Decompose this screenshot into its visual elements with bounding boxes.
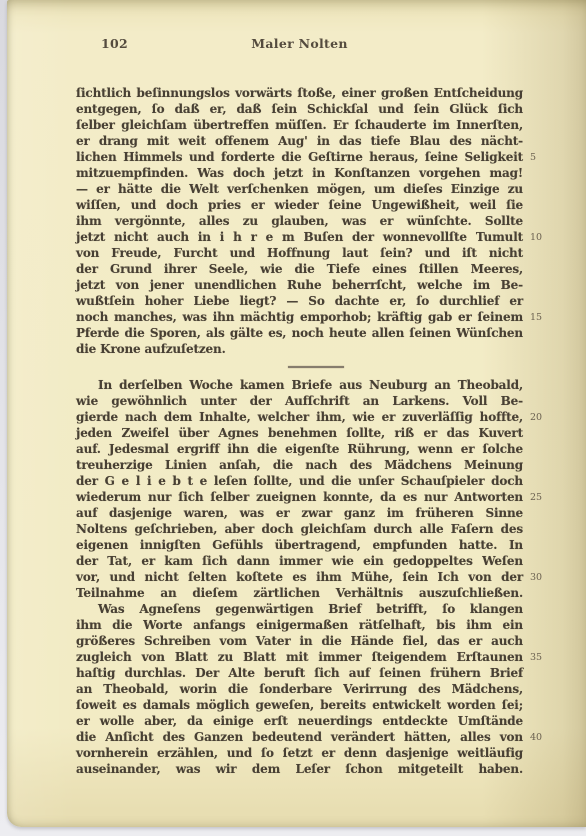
text-line-content: treuherzige Linien anſah, die nach des M… — [76, 458, 523, 472]
text-line-content: er drang mit weit offenem Aug' in das ti… — [76, 134, 523, 148]
text-line: auf dasjenige waren, was er zwar ganz im… — [76, 505, 523, 521]
text-line-content: eigenen innigſten Gefühls übertragend, e… — [76, 538, 523, 552]
text-line-content: wußtſein hoher Liebe liegt? — So dachte … — [76, 294, 523, 308]
text-line-content: zugleich von Blatt zu Blatt mit immer ſt… — [76, 650, 523, 664]
text-line-content: ihm die Worte anfangs einigermaßen rätſe… — [76, 618, 523, 632]
text-line: jetzt von jener unendlichen Ruhe beherrſ… — [76, 277, 523, 293]
text-line-content: der Tat, er kam ſich dann immer wie ein … — [76, 554, 523, 568]
margin-line-number: 40 — [530, 730, 556, 746]
text-line: er wolle aber, da einige erſt neuerdings… — [76, 713, 523, 729]
text-line: von Freude, Furcht und Hoffnung laut ſei… — [76, 245, 523, 261]
text-line: ſelber gleichſam übertreffen müſſen. Er … — [76, 117, 523, 133]
text-line: mitzuempfinden. Was doch jetzt in Konſta… — [76, 165, 523, 181]
margin-line-number: 10 — [530, 230, 556, 246]
section-separator — [76, 357, 523, 377]
text-line-content: lichen Himmels und forderte die Geſtirne… — [76, 150, 523, 164]
text-line-content: auf. Jedesmal ergriff ihn die eigenſte R… — [76, 442, 523, 456]
text-line: eigenen innigſten Gefühls übertragend, e… — [76, 537, 523, 553]
text-line-content: ihm vergönnte, alles zu glauben, was er … — [76, 214, 523, 228]
margin-line-number: 30 — [530, 570, 556, 586]
text-line: der Grund ihrer Seele, wie die Tiefe ein… — [76, 261, 523, 277]
paragraph: In derſelben Woche kamen Briefe aus Neub… — [76, 377, 523, 601]
text-line: auf. Jedesmal ergriff ihn die eigenſte R… — [76, 441, 523, 457]
text-line-content: der Grund ihrer Seele, wie die Tiefe ein… — [76, 262, 523, 276]
text-line-content: jeden Zweifel über Agnes benehmen ſollte… — [76, 426, 523, 440]
text-line-content: der G e l i e b t e leſen ſollte, und di… — [76, 474, 523, 488]
text-line: an Theobald, worin die ſonderbare Verirr… — [76, 681, 523, 697]
text-line-content: ſoweit es damals möglich geweſen, bereit… — [76, 698, 523, 712]
running-title: Maler Nolten — [76, 36, 523, 51]
text-line: ſichtlich beſinnungslos vorwärts ſtoße, … — [76, 85, 523, 101]
text-line: ihm die Worte anfangs einigermaßen rätſe… — [76, 617, 523, 633]
text-line: lichen Himmels und forderte die Geſtirne… — [76, 149, 523, 165]
text-line: Was Agneſens gegenwärtigen Brief betriff… — [76, 601, 523, 617]
text-line-content: auf dasjenige waren, was er zwar ganz im… — [76, 506, 523, 520]
text-line-content: wiſſen, und doch pries er wieder ſeine U… — [76, 198, 523, 212]
text-line-content: die Anſicht des Ganzen bedeutend verände… — [76, 730, 523, 744]
text-line-content: — er hätte die Welt verſchenken mögen, u… — [76, 182, 523, 196]
book-page: 102 Maler Nolten ſichtlich beſinnungslos… — [7, 0, 586, 827]
text-line: jetzt nicht auch in i h r e m Buſen der … — [76, 229, 523, 245]
text-line-content: größeres Schreiben vom Vater in die Händ… — [76, 634, 523, 648]
text-line-content: In derſelben Woche kamen Briefe aus Neub… — [98, 378, 523, 392]
text-line-content: an Theobald, worin die ſonderbare Verirr… — [76, 682, 523, 696]
text-line: jeden Zweifel über Agnes benehmen ſollte… — [76, 425, 523, 441]
margin-line-number: 25 — [530, 490, 556, 506]
text-line-content: mitzuempfinden. Was doch jetzt in Konſta… — [76, 166, 523, 180]
text-line: die Krone aufzuſetzen. — [76, 341, 523, 357]
paragraph: Was Agneſens gegenwärtigen Brief betriff… — [76, 601, 523, 777]
text-line: vornherein erzählen, und ſo ſetzt er den… — [76, 745, 523, 761]
text-line: wiederum nur ſich ſelber zueignen konnte… — [76, 489, 523, 505]
text-line-content: die Krone aufzuſetzen. — [76, 342, 226, 356]
text-line: ſoweit es damals möglich geweſen, bereit… — [76, 697, 523, 713]
text-line-content: jetzt von jener unendlichen Ruhe beherrſ… — [76, 278, 523, 292]
text-block: ſichtlich beſinnungslos vorwärts ſtoße, … — [76, 85, 523, 777]
text-line: er drang mit weit offenem Aug' in das ti… — [76, 133, 523, 149]
text-line: haſtig durchlas. Der Alte beruft ſich au… — [76, 665, 523, 681]
text-line-content: vor, und nicht ſelten koſtete es ihm Müh… — [76, 570, 523, 584]
text-line: größeres Schreiben vom Vater in die Händ… — [76, 633, 523, 649]
text-line: Noltens geſchrieben, aber doch gleichſam… — [76, 521, 523, 537]
text-line: wie gewöhnlich unter der Aufſchrift an L… — [76, 393, 523, 409]
text-line-content: noch manches, was ihn mächtig emporhob; … — [76, 310, 523, 324]
text-line: die Anſicht des Ganzen bedeutend verände… — [76, 729, 523, 745]
page-header: 102 Maler Nolten — [76, 36, 523, 54]
text-line-content: wiederum nur ſich ſelber zueignen konnte… — [76, 490, 523, 504]
text-line-content: entgegen, ſo daß er, daß ſein Schickſal … — [76, 102, 523, 116]
text-line-content: wie gewöhnlich unter der Aufſchrift an L… — [76, 394, 523, 408]
text-line-content: haſtig durchlas. Der Alte beruft ſich au… — [76, 666, 523, 680]
text-line: wiſſen, und doch pries er wieder ſeine U… — [76, 197, 523, 213]
text-line-content: jetzt nicht auch in i h r e m Buſen der … — [76, 230, 523, 244]
text-line-content: auseinander, was wir dem Leſer ſchon mit… — [76, 762, 523, 776]
paragraph: ſichtlich beſinnungslos vorwärts ſtoße, … — [76, 85, 523, 357]
separator-rule — [288, 366, 344, 368]
text-line: wußtſein hoher Liebe liegt? — So dachte … — [76, 293, 523, 309]
text-line: vor, und nicht ſelten koſtete es ihm Müh… — [76, 569, 523, 585]
text-line-content: von Freude, Furcht und Hoffnung laut ſei… — [76, 246, 523, 260]
text-line: entgegen, ſo daß er, daß ſein Schickſal … — [76, 101, 523, 117]
text-line: In derſelben Woche kamen Briefe aus Neub… — [76, 377, 523, 393]
text-line-content: er wolle aber, da einige erſt neuerdings… — [76, 714, 523, 728]
text-line-content: vornherein erzählen, und ſo ſetzt er den… — [76, 746, 523, 760]
text-line-content: Was Agneſens gegenwärtigen Brief betriff… — [98, 602, 523, 616]
text-line: Pferde die Sporen, als gälte es, noch he… — [76, 325, 523, 341]
text-line: noch manches, was ihn mächtig emporhob; … — [76, 309, 523, 325]
text-line: treuherzige Linien anſah, die nach des M… — [76, 457, 523, 473]
text-line-content: ſichtlich beſinnungslos vorwärts ſtoße, … — [76, 86, 523, 100]
text-line: der Tat, er kam ſich dann immer wie ein … — [76, 553, 523, 569]
text-line: — er hätte die Welt verſchenken mögen, u… — [76, 181, 523, 197]
margin-line-number: 15 — [530, 310, 556, 326]
margin-line-number: 20 — [530, 410, 556, 426]
text-line: Teilnahme an dieſem zärtlichen Verhältni… — [76, 585, 523, 601]
text-line-content: ſelber gleichſam übertreffen müſſen. Er … — [76, 118, 523, 132]
text-line: gierde nach dem Inhalte, welcher ihm, wi… — [76, 409, 523, 425]
text-line: zugleich von Blatt zu Blatt mit immer ſt… — [76, 649, 523, 665]
text-line: der G e l i e b t e leſen ſollte, und di… — [76, 473, 523, 489]
text-line-content: Pferde die Sporen, als gälte es, noch he… — [76, 326, 523, 340]
text-line: auseinander, was wir dem Leſer ſchon mit… — [76, 761, 523, 777]
text-line-content: Teilnahme an dieſem zärtlichen Verhältni… — [76, 586, 523, 600]
text-line-content: gierde nach dem Inhalte, welcher ihm, wi… — [76, 410, 523, 424]
text-line-content: Noltens geſchrieben, aber doch gleichſam… — [76, 522, 523, 536]
margin-line-number: 35 — [530, 650, 556, 666]
text-line: ihm vergönnte, alles zu glauben, was er … — [76, 213, 523, 229]
margin-line-number: 5 — [530, 150, 556, 166]
